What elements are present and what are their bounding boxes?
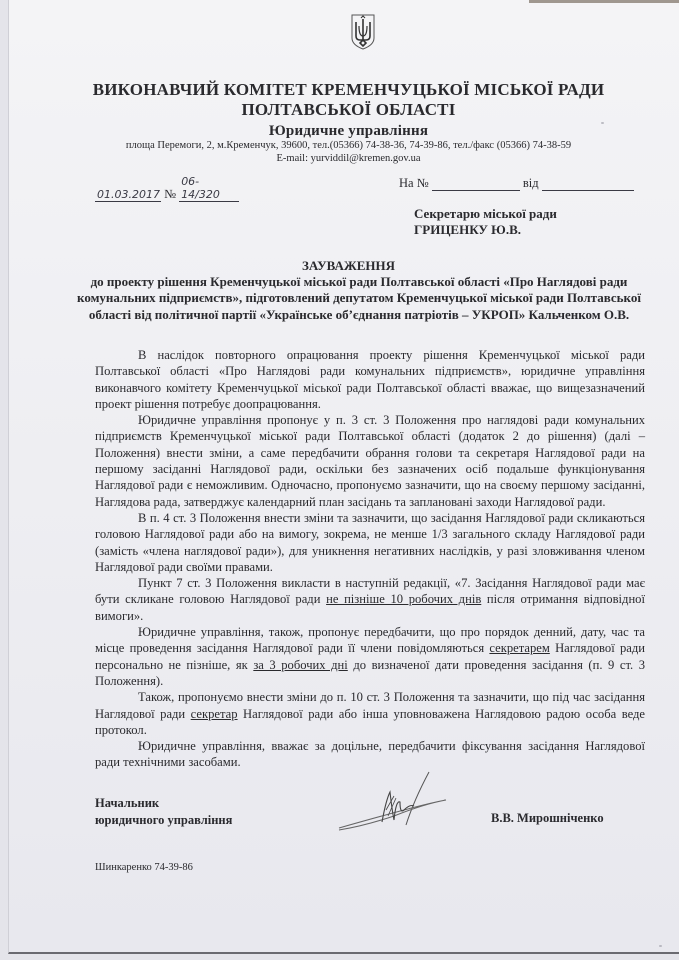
- paragraph-7: Юридичне управління, вважає за доцільне,…: [95, 738, 645, 771]
- reply-number-blank: [432, 178, 520, 191]
- registration-number: 06-14/320: [179, 175, 239, 202]
- paragraph-2: Юридичне управління пропонує у п. 3 ст. …: [95, 412, 645, 510]
- paragraph-6: Також, пропонуємо внести зміни до п. 10 …: [95, 689, 645, 738]
- reply-date-blank: [542, 178, 634, 191]
- scan-speck: [601, 122, 604, 124]
- scan-edge-shadow: [529, 0, 679, 3]
- scan-speck: [659, 945, 662, 947]
- document-page: ВИКОНАВЧИЙ КОМІТЕТ КРЕМЕНЧУЦЬКОЇ МІСЬКОЇ…: [8, 0, 679, 954]
- underlined-deadline: не пізніше 10 робочих днів: [326, 592, 481, 606]
- addressee: Секретарю міської ради ГРИЦЕНКУ Ю.В.: [414, 206, 557, 238]
- paragraph-5: Юридичне управління, також, пропонує пер…: [95, 624, 645, 689]
- paragraph-3: В п. 4 ст. 3 Положення внести зміни та з…: [95, 510, 645, 575]
- reply-date-label: від: [523, 176, 539, 190]
- underlined-secretary: секретарем: [489, 641, 549, 655]
- org-email: E-mail: yurviddil@kremen.gov.ua: [9, 152, 679, 166]
- underlined-days: за 3 робочих дні: [253, 658, 347, 672]
- signatory-position: Начальник юридичного управління: [95, 795, 232, 829]
- document-subtitle: до проекту рішення Кременчуцької міської…: [69, 274, 649, 323]
- position-line-1: Начальник: [95, 795, 232, 812]
- document-title: ЗАУВАЖЕННЯ: [9, 258, 679, 274]
- trident-coat-of-arms-icon: [351, 14, 375, 50]
- registration-date: 01.03.2017: [95, 188, 161, 202]
- reply-number-label: На №: [399, 176, 429, 190]
- handwritten-signature-icon: [334, 770, 459, 835]
- paragraph-1: В наслідок повторного опрацювання проект…: [95, 347, 645, 412]
- contact-person: Шинкаренко 74-39-86: [95, 862, 193, 873]
- signatory-name: В.В. Мирошніченко: [491, 811, 604, 826]
- org-name-line2: ПОЛТАВСЬКОЇ ОБЛАСТІ: [9, 100, 679, 120]
- paragraph-4: Пункт 7 ст. 3 Положення викласти в насту…: [95, 575, 645, 624]
- addressee-position: Секретарю міської ради: [414, 206, 557, 222]
- number-label: №: [164, 187, 176, 201]
- position-line-2: юридичного управління: [95, 812, 232, 829]
- org-address: площа Перемоги, 2, м.Кременчук, 39600, т…: [9, 139, 679, 153]
- addressee-name: ГРИЦЕНКУ Ю.В.: [414, 222, 557, 238]
- document-body: В наслідок повторного опрацювання проект…: [95, 347, 645, 771]
- outgoing-registration: 01.03.2017 № 06-14/320: [95, 175, 239, 202]
- underlined-secretary-2: секретар: [191, 707, 238, 721]
- org-name-line1: ВИКОНАВЧИЙ КОМІТЕТ КРЕМЕНЧУЦЬКОЇ МІСЬКОЇ…: [9, 80, 679, 100]
- reply-reference: На № від: [399, 176, 634, 191]
- department-name: Юридичне управління: [9, 122, 679, 140]
